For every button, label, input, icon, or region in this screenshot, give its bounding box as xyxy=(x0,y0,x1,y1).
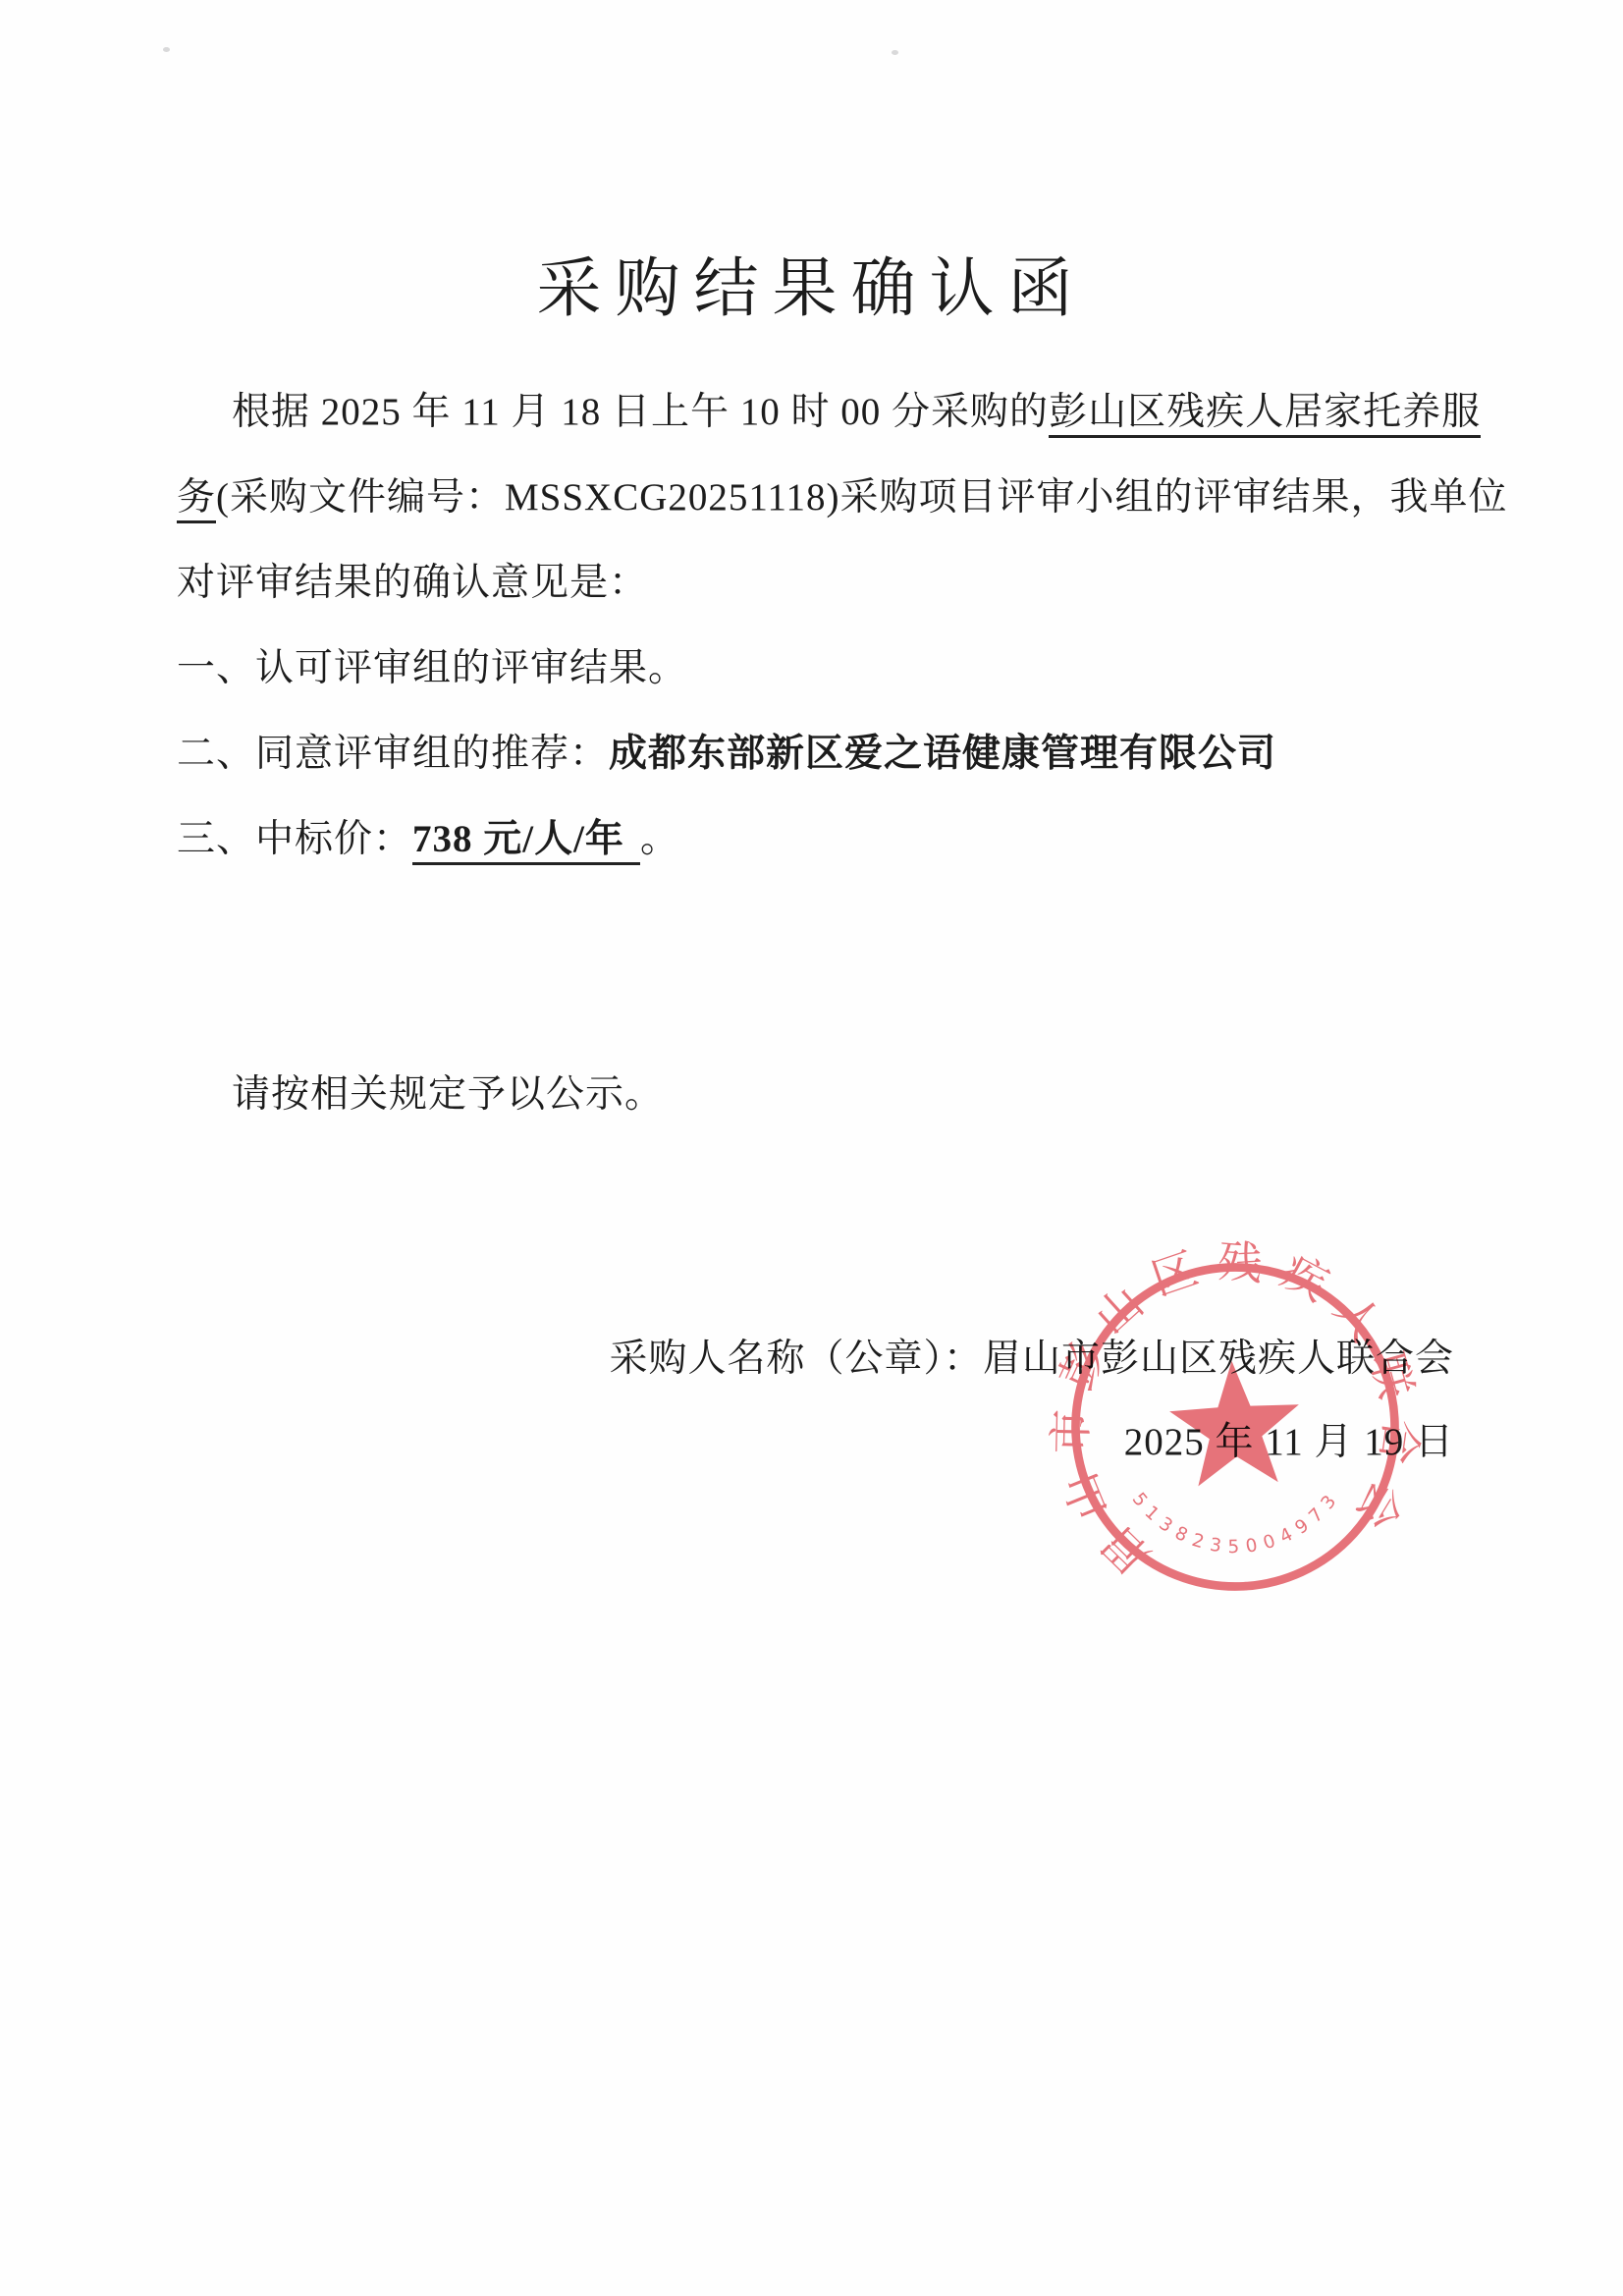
list-item-1: 一、认可评审组的评审结果。 xyxy=(177,643,687,694)
intro-text: (采购文件编号：MSSXCG20251118)采购项目评审小组的评审结果，我单位 xyxy=(216,476,1507,519)
intro-line-2: 务(采购文件编号：MSSXCG20251118)采购项目评审小组的评审结果，我单… xyxy=(177,472,1508,523)
purchaser-org-name: 眉山市彭山区残疾人联合会 xyxy=(983,1338,1454,1380)
item-text: 一、认可评审组的评审结果。 xyxy=(177,647,687,689)
seal-serial-number: 5138235004973 xyxy=(1127,1479,1348,1564)
underlined-project-name-cont: 务 xyxy=(177,476,216,523)
signature-line: 采购人名称（公章）：眉山市彭山区残疾人联合会 xyxy=(609,1328,1454,1383)
winning-company-name: 成都东部新区爱之语健康管理有限公司 xyxy=(609,733,1276,775)
list-item-2: 二、同意评审组的推荐：成都东部新区爱之语健康管理有限公司 xyxy=(177,729,1276,780)
signature-label: 采购人名称（公章）： xyxy=(609,1338,983,1380)
item-text-suffix: 。 xyxy=(640,818,679,860)
seal-ring-text: 眉山市彭山区残疾人联合会 xyxy=(1035,1226,1434,1587)
intro-line-3: 对评审结果的确认意见是： xyxy=(177,558,648,609)
notice-line: 请按相关规定予以公示。 xyxy=(177,1069,664,1121)
page-title: 采购结果确认函 xyxy=(0,236,1623,329)
item-text: 二、同意评审组的推荐： xyxy=(177,733,609,775)
underlined-project-name: 彭山区残疾人居家托养服 xyxy=(1049,391,1481,438)
scan-artifact xyxy=(163,47,170,52)
winning-price: 738 元/人/年 xyxy=(412,818,640,865)
signature-date: 2025 年 11 月 19 日 xyxy=(1124,1411,1454,1466)
notice-text: 请按相关规定予以公示。 xyxy=(177,1073,664,1116)
item-text: 三、中标价： xyxy=(177,818,412,860)
list-item-3: 三、中标价：738 元/人/年。 xyxy=(177,814,679,865)
intro-text: 对评审结果的确认意见是： xyxy=(177,562,648,604)
scanned-letter-page: 采购结果确认函 根据 2025 年 11 月 18 日上午 10 时 00 分采… xyxy=(0,0,1623,2296)
intro-text: 根据 2025 年 11 月 18 日上午 10 时 00 分采购的 xyxy=(177,391,1049,433)
intro-line-1: 根据 2025 年 11 月 18 日上午 10 时 00 分采购的彭山区残疾人… xyxy=(177,387,1481,438)
scan-artifact xyxy=(892,50,898,55)
